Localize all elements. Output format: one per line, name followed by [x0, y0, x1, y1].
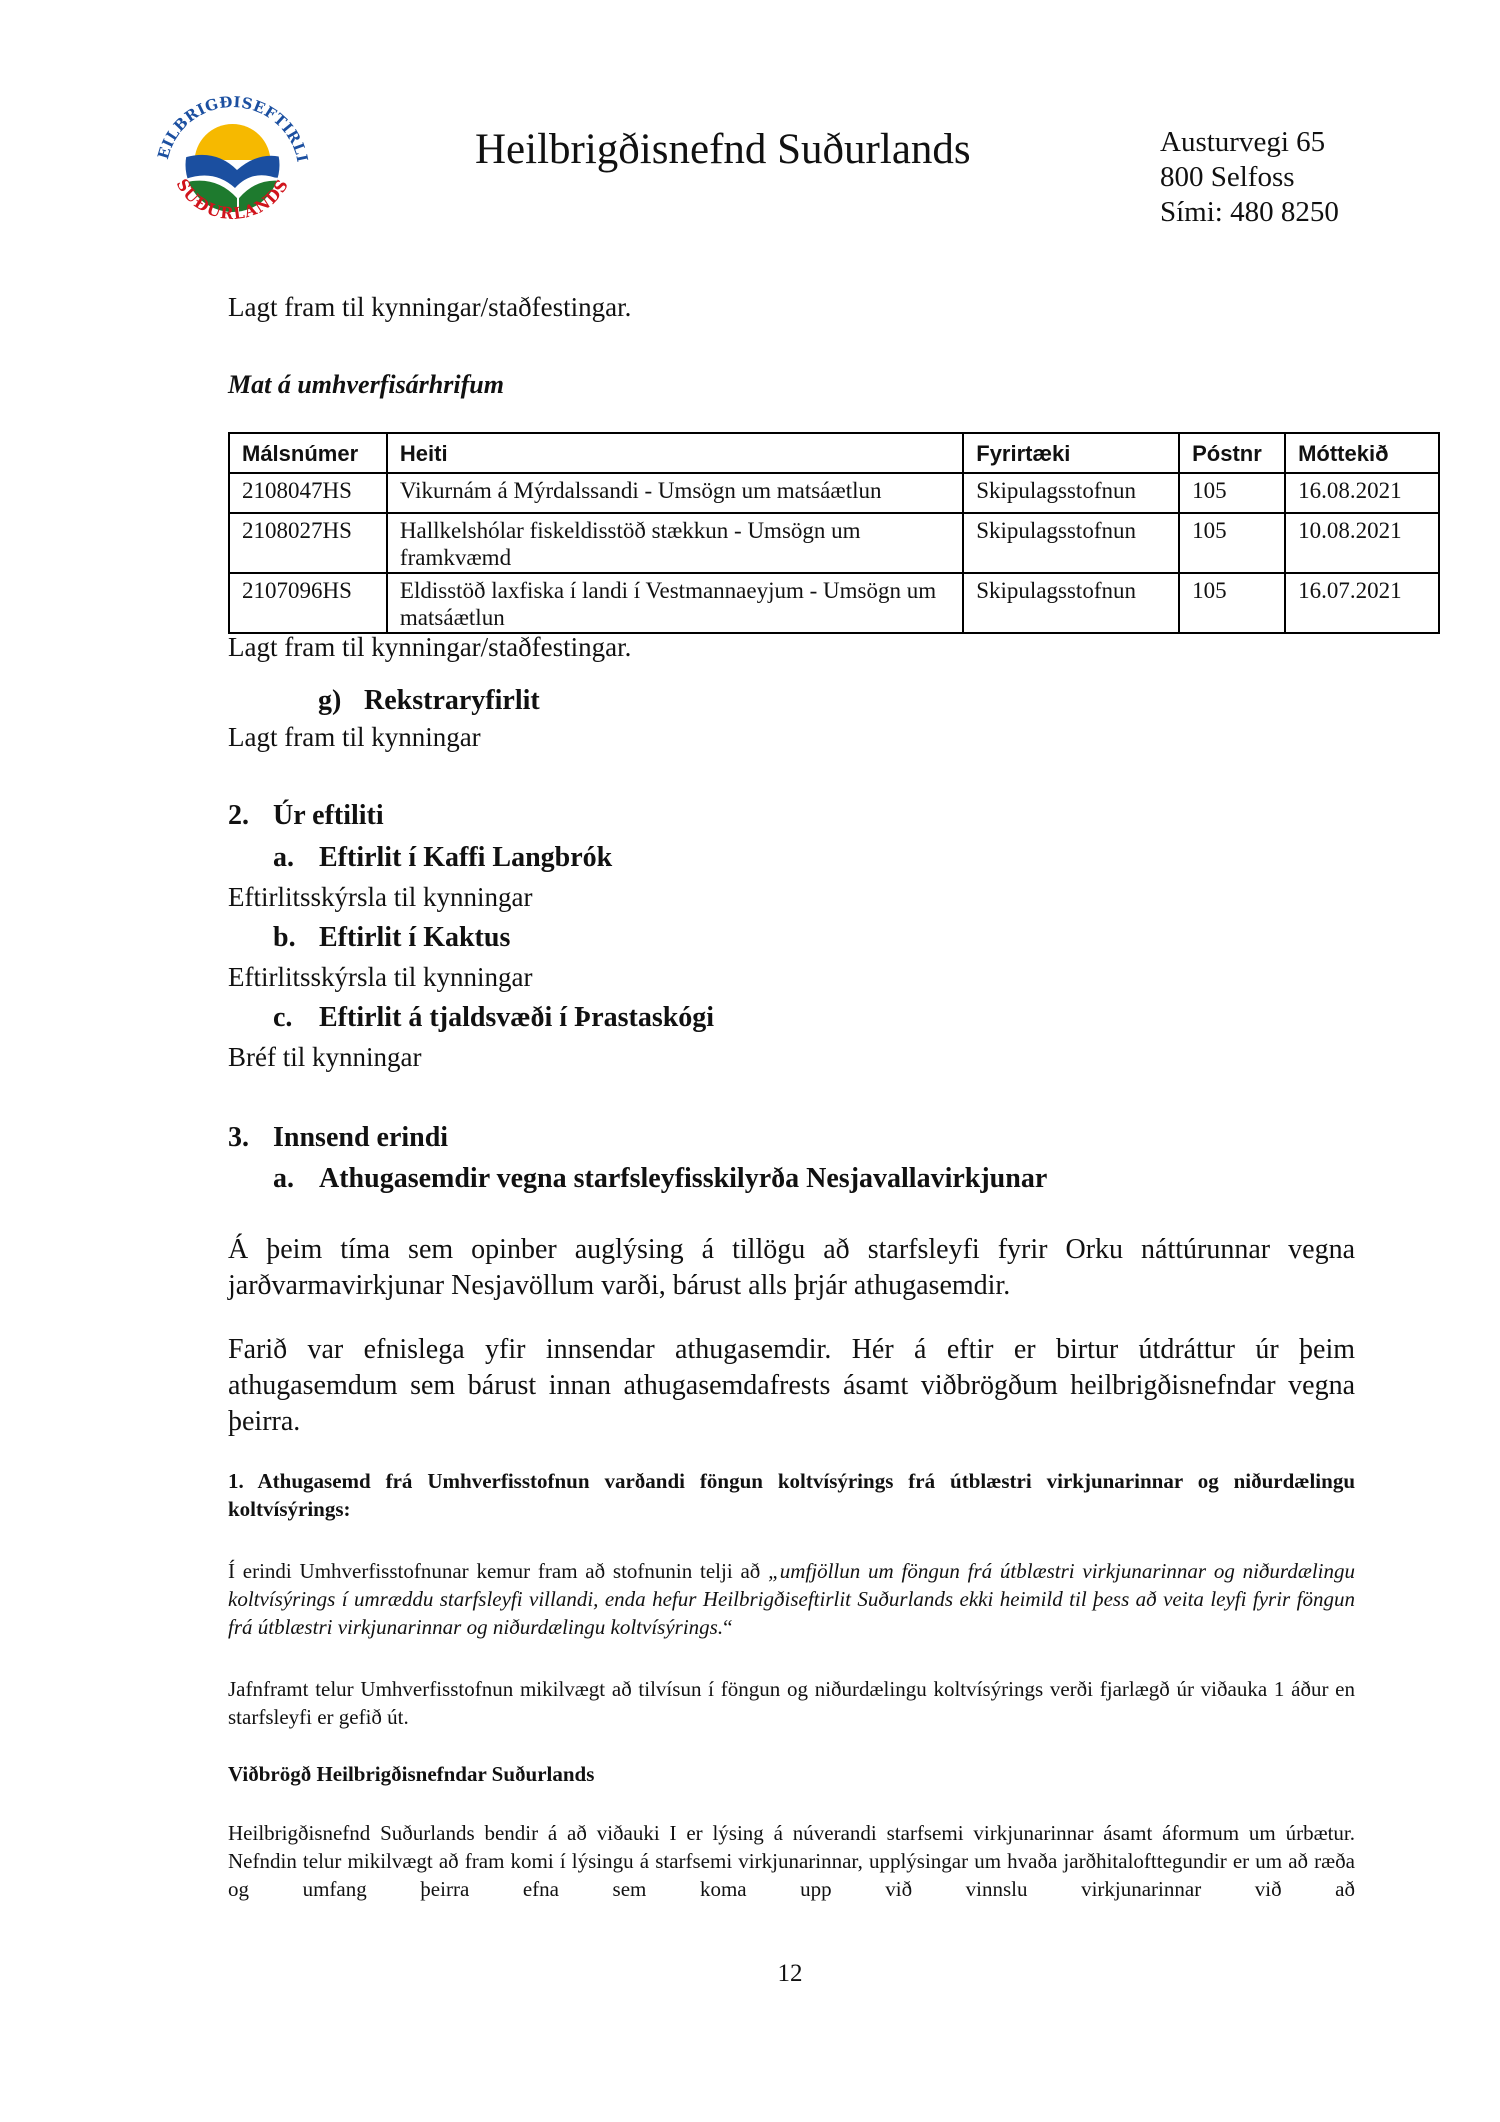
section-3-paragraph-1: Á þeim tíma sem opinber auglýsing á till… — [228, 1232, 1355, 1304]
organization-logo: HEILBRIGÐISEFTIRLIT SUÐURLANDS — [145, 70, 320, 245]
cell-postcode: 105 — [1179, 513, 1285, 573]
item-g-title: Rekstraryfirlit — [364, 685, 540, 716]
section-3-number: 3. — [228, 1122, 273, 1154]
section-2-heading: 2.Úr eftiliti — [228, 800, 384, 832]
section-3-heading: 3.Innsend erindi — [228, 1122, 448, 1154]
cell-postcode: 105 — [1179, 473, 1285, 513]
section-2a-heading: a.Eftirlit í Kaffi Langbrók — [273, 842, 612, 874]
table-row: 2108027HS Hallkelshólar fiskeldisstöð st… — [229, 513, 1439, 573]
column-header-case-number: Málsnúmer — [229, 433, 387, 473]
cell-company: Skipulagsstofnun — [963, 473, 1179, 513]
section-2c-note: Bréf til kynningar — [228, 1042, 421, 1073]
address-postcode-city: 800 Selfoss — [1160, 160, 1339, 195]
intro-line: Lagt fram til kynningar/staðfestingar. — [228, 292, 631, 323]
comment-1-intro: Í erindi Umhverfisstofnunar kemur fram a… — [228, 1559, 768, 1583]
cell-title: Vikurnám á Mýrdalssandi - Umsögn um mats… — [387, 473, 963, 513]
cell-received: 16.07.2021 — [1285, 573, 1439, 633]
section-2a-title: Eftirlit í Kaffi Langbrók — [319, 842, 612, 873]
response-paragraph: Heilbrigðisnefnd Suðurlands bendir á að … — [228, 1819, 1355, 1903]
cell-company: Skipulagsstofnun — [963, 573, 1179, 633]
cell-received: 10.08.2021 — [1285, 513, 1439, 573]
eia-cases-table: Málsnúmer Heiti Fyrirtæki Póstnr Mótteki… — [228, 432, 1440, 634]
column-header-company: Fyrirtæki — [963, 433, 1179, 473]
table-header-row: Málsnúmer Heiti Fyrirtæki Póstnr Mótteki… — [229, 433, 1439, 473]
section-2a-note: Eftirlitsskýrsla til kynningar — [228, 882, 532, 913]
item-g-marker: g) — [318, 685, 364, 717]
response-heading: Viðbrögð Heilbrigðisnefndar Suðurlands — [228, 1760, 1355, 1788]
comment-1-paragraph: Í erindi Umhverfisstofnunar kemur fram a… — [228, 1557, 1355, 1641]
eia-section-title: Mat á umhverfisárhrifum — [228, 370, 504, 400]
section-3a-heading: a.Athugasemdir vegna starfsleyfisskilyrð… — [273, 1163, 1047, 1195]
table-row: 2107096HS Eldisstöð laxfiska í landi í V… — [229, 573, 1439, 633]
cell-title: Hallkelshólar fiskeldisstöð stækkun - Um… — [387, 513, 963, 573]
after-table-note: Lagt fram til kynningar/staðfestingar. — [228, 632, 631, 663]
column-header-postcode: Póstnr — [1179, 433, 1285, 473]
item-g-heading: g)Rekstraryfirlit — [318, 685, 540, 717]
section-2-number: 2. — [228, 800, 273, 832]
table-row: 2108047HS Vikurnám á Mýrdalssandi - Umsö… — [229, 473, 1439, 513]
cell-title: Eldisstöð laxfiska í landi í Vestmannaey… — [387, 573, 963, 633]
section-2-title: Úr eftiliti — [273, 800, 384, 831]
section-3a-marker: a. — [273, 1163, 319, 1195]
column-header-title: Heiti — [387, 433, 963, 473]
item-g-note: Lagt fram til kynningar — [228, 722, 481, 753]
address-phone: Sími: 480 8250 — [1160, 195, 1339, 230]
cell-company: Skipulagsstofnun — [963, 513, 1179, 573]
address-street: Austurvegi 65 — [1160, 125, 1339, 160]
section-2b-title: Eftirlit í Kaktus — [319, 922, 510, 953]
section-2b-marker: b. — [273, 922, 319, 954]
section-2a-marker: a. — [273, 842, 319, 874]
cell-postcode: 105 — [1179, 573, 1285, 633]
page-number: 12 — [0, 1960, 1500, 1988]
organization-title: Heilbrigðisnefnd Suðurlands — [475, 125, 971, 174]
comment-1-heading: 1. Athugasemd frá Umhverfisstofnun varða… — [228, 1467, 1355, 1523]
comment-1-close-quote: “ — [723, 1615, 732, 1639]
section-2c-title: Eftirlit á tjaldsvæði í Þrastaskógi — [319, 1002, 714, 1033]
section-2c-heading: c.Eftirlit á tjaldsvæði í Þrastaskógi — [273, 1002, 714, 1034]
section-2b-heading: b.Eftirlit í Kaktus — [273, 922, 510, 954]
section-3a-title: Athugasemdir vegna starfsleyfisskilyrða … — [319, 1163, 1047, 1194]
cell-case-number: 2108047HS — [229, 473, 387, 513]
section-3-paragraph-2: Farið var efnislega yfir innsendar athug… — [228, 1332, 1355, 1440]
cell-received: 16.08.2021 — [1285, 473, 1439, 513]
comment-1-paragraph-2: Jafnframt telur Umhverfisstofnun mikilvæ… — [228, 1675, 1355, 1731]
address-block: Austurvegi 65 800 Selfoss Sími: 480 8250 — [1160, 125, 1339, 230]
cell-case-number: 2107096HS — [229, 573, 387, 633]
column-header-received: Móttekið — [1285, 433, 1439, 473]
section-3-title: Innsend erindi — [273, 1122, 448, 1153]
section-2b-note: Eftirlitsskýrsla til kynningar — [228, 962, 532, 993]
cell-case-number: 2108027HS — [229, 513, 387, 573]
section-2c-marker: c. — [273, 1002, 319, 1034]
